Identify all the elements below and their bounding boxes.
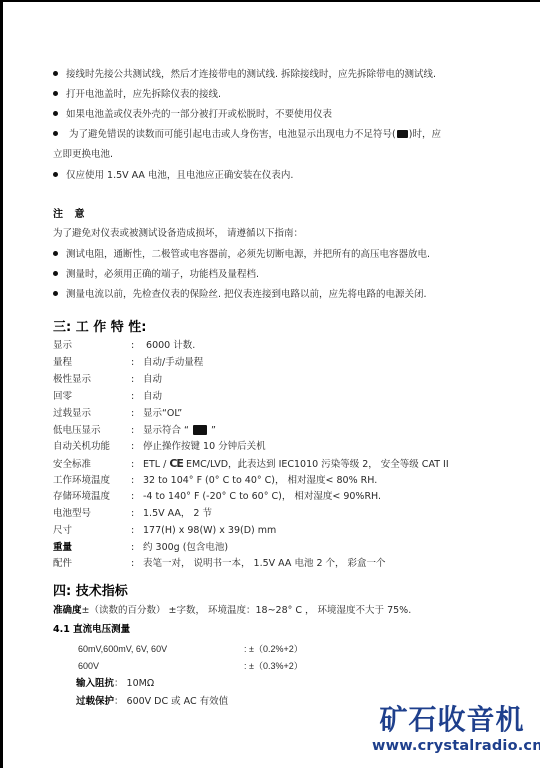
spec-row-zero: 回零:自动 [53,390,162,403]
accuracy-line: 准确度±（读数的百分数） ±字数， 环境温度：18~28° C ， 环境湿度不大… [53,604,411,617]
spec-value: 自动 [143,374,162,385]
spec-row-overload: 过载显示:显示“OL” [53,407,182,420]
spec-label: 电池型号 [53,507,131,520]
spec-label: 低电压显示 [53,424,131,437]
spec-value: ” [208,425,216,436]
spec-label: 安全标准 [53,458,131,471]
spec-row-battery: 电池型号:1.5V AA， 2 节 [53,507,212,520]
spec-row-polarity: 极性显示:自动 [53,373,162,386]
low-battery-icon [193,425,207,435]
overload-label: 过载保护 [76,696,114,707]
spec-row-safety-standard: 安全标准:ETL / CE EMC/LVD，此表达到 IEC1010 污染等级 … [53,457,449,471]
safety-bullet-2: 打开电池盖时，应先拆除仪表的接线. [53,88,221,101]
spec-label: 工作环境温度 [53,474,131,487]
spec-label: 过载显示 [53,407,131,420]
spec-value: 停止操作按键 10 分钟后关机 [143,441,266,452]
low-battery-icon [397,130,408,138]
spec-row-range: 量程:自动/手动量程 [53,356,203,369]
caution-bullet-1: 测试电阻，通断性，二极管或电容器前，必须先切断电源，并把所有的高压电容器放电. [53,248,430,261]
spec-value: 32 to 104° F (0° C to 40° C)， 相对湿度< 80% … [143,475,377,486]
spec-label: 配件 [53,557,131,570]
spec-sep: : [131,440,143,453]
spec-value: 自动 [143,391,162,402]
spec-value: 表笔一对， 说明书一本， 1.5V AA 电池 2 个， 彩盒一个 [143,558,386,569]
input-impedance-label: 输入阻抗 [76,678,114,689]
dcv-row-2: 600V: ±（0.3%+2） [78,660,303,673]
spec-label: 尺寸 [53,524,131,537]
accuracy-label: 准确度 [53,605,82,616]
spec-value: ETL / [143,459,169,470]
spec-sep: : [131,356,143,369]
caution-heading: 注 意 [53,208,88,221]
spec-row-dimensions: 尺寸:177(H) x 98(W) x 39(D) mm [53,524,276,537]
input-impedance-value: ： 10MΩ [114,678,154,689]
spec-label: 极性显示 [53,373,131,386]
spec-row-weight: 重量:约 300g (包含电池) [53,541,228,554]
dcv-row-1: 60mV,600mV, 6V, 60V: ±（0.2%+2） [78,643,303,656]
spec-sep: : [131,541,143,554]
spec-label: 自动关机功能 [53,440,131,453]
spec-label: 重量 [53,541,131,554]
overload-value: ： 600V DC 或 AC 有效值 [114,696,228,707]
dcv-range: 600V [78,660,244,673]
spec-value: -4 to 140° F (-20° C to 60° C)， 相对湿度< 90… [143,491,381,502]
caution-intro: 为了避免对仪表或被测试设备造成损坏， 请遵循以下指南： [53,227,303,240]
spec-row-auto-off: 自动关机功能:停止操作按键 10 分钟后关机 [53,440,266,453]
spec-label: 回零 [53,390,131,403]
safety-bullet-5: 仅应使用 1.5V AA 电池，且电池应正确安装在仪表内. [53,169,293,182]
spec-sep: : [131,339,143,352]
spec-sep: : [131,458,143,471]
spec-row-display: 显示: 6000 计数. [53,339,195,352]
watermark-name: 矿石收音机 [372,704,532,736]
dcv-range: 60mV,600mV, 6V, 60V [78,643,244,656]
spec-sep: : [131,524,143,537]
spec-sep: : [131,490,143,503]
safety-bullet-4: 为了避免错误的读数而可能引起电击或人身伤害，电池显示出现电力不足符号()时，应 [53,128,441,141]
input-impedance-line: 输入阻抗： 10MΩ [76,677,154,690]
spec-row-operating-temp: 工作环境温度:32 to 104° F (0° C to 40° C)， 相对湿… [53,474,377,487]
spec-row-accessories: 配件:表笔一对， 说明书一本， 1.5V AA 电池 2 个， 彩盒一个 [53,557,386,570]
spec-sep: : [131,507,143,520]
section3-title: 三: 工 作 特 性: [53,320,147,336]
spec-sep: : [131,424,143,437]
spec-sep: : [131,474,143,487]
spec-label: 存储环境温度 [53,490,131,503]
dcv-accuracy: : ±（0.3%+2） [244,661,303,671]
overload-line: 过载保护： 600V DC 或 AC 有效值 [76,695,228,708]
spec-sep: : [131,390,143,403]
spec-label: 量程 [53,356,131,369]
accuracy-text: ±（读数的百分数） ±字数， 环境温度：18~28° C ， 环境湿度不大于 7… [82,605,412,616]
spec-value: 1.5V AA， 2 节 [143,508,212,519]
spec-value: 177(H) x 98(W) x 39(D) mm [143,525,276,536]
spec-value: EMC/LVD，此表达到 IEC1010 污染等级 2， 安全等级 CAT II [183,459,449,470]
spec-value: 约 300g (包含电池) [143,542,228,553]
section4-title: 四: 技术指标 [53,584,128,600]
dcv-subtitle: 4.1 直流电压测量 [53,623,130,636]
spec-sep: : [131,557,143,570]
spec-sep: : [131,373,143,386]
spec-value: 显示“OL” [143,408,182,419]
spec-label: 显示 [53,339,131,352]
caution-bullet-3: 测量电流以前，先检查仪表的保险丝. 把仪表连接到电路以前，应先将电路的电源关闭. [53,288,427,301]
spec-value: 6000 计数. [143,340,195,351]
safety-bullet-4-text-a: 为了避免错误的读数而可能引起电击或人身伤害，电池显示出现电力不足符号( [69,129,396,140]
watermark-url: www.crystalradio.cn [372,736,532,756]
caution-bullet-2: 测量时，必须用正确的端子，功能档及量程档. [53,268,259,281]
spec-row-low-voltage: 低电压显示:显示符合 “ ” [53,424,216,437]
spec-row-storage-temp: 存储环境温度:-4 to 140° F (-20° C to 60° C)， 相… [53,490,381,503]
ce-mark-icon: CE [169,457,183,470]
watermark-logo: 矿石收音机 www.crystalradio.cn [372,704,532,756]
safety-bullet-1: 接线时先接公共测试线，然后才连接带电的测试线. 拆除接线时，应先拆除带电的测试线… [53,68,436,81]
spec-value: 显示符合 “ [143,425,192,436]
spec-value: 自动/手动量程 [143,357,203,368]
dcv-accuracy: : ±（0.2%+2） [244,644,303,654]
safety-bullet-4-continuation: 立即更换电池. [53,148,113,161]
safety-bullet-4-text-b: )时，应 [409,129,441,140]
manual-page: 接线时先接公共测试线，然后才连接带电的测试线. 拆除接线时，应先拆除带电的测试线… [0,0,540,768]
spec-sep: : [131,407,143,420]
safety-bullet-3: 如果电池盖或仪表外壳的一部分被打开或松脱时，不要使用仪表 [53,108,332,121]
